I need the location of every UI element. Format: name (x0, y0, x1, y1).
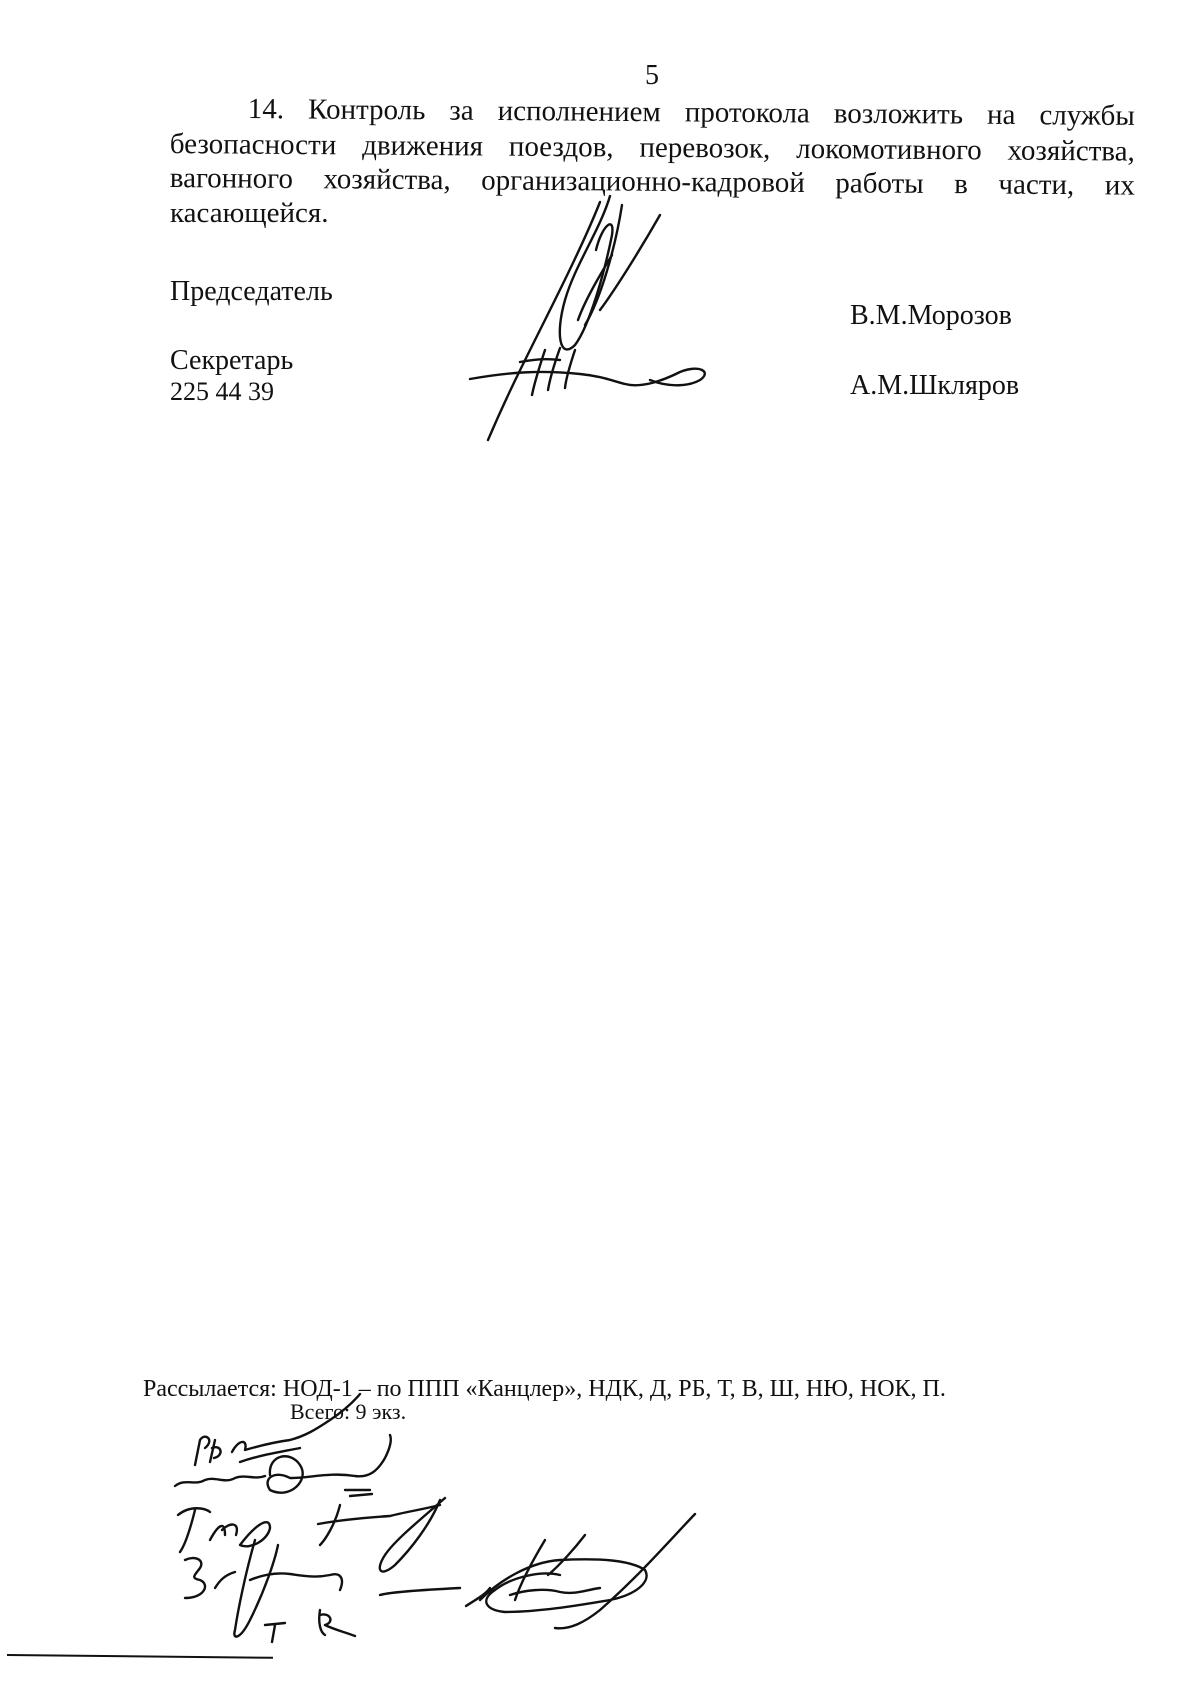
initials-nyu-icon (178, 1498, 445, 1572)
chairman-label: Председатель (170, 276, 333, 308)
chairman-name: В.М.Морозов (850, 300, 1012, 332)
secretary-phone: 225 44 39 (170, 377, 274, 407)
chairman-signature-icon (488, 196, 660, 440)
handwritten-signatures (0, 0, 1192, 1684)
secretary-signature-icon (470, 348, 705, 395)
copies-total: Всего: 9 экз. (290, 1399, 406, 1425)
paragraph-line: касающейся. (170, 196, 328, 230)
distribution-list: Рассылается: НОД-1 – по ППП «Канцлер», Н… (143, 1376, 946, 1403)
initials-z-icon (185, 1540, 460, 1642)
distribution-label: Рассылается: (143, 1376, 277, 1402)
secretary-label: Секретарь (170, 345, 293, 377)
paragraph-line: 14.Контрользаисполнениемпротоколавозложи… (248, 92, 1135, 133)
approval-signature-icon (466, 1514, 695, 1628)
page-number: 5 (645, 60, 659, 92)
secretary-name: А.М.Шкляров (850, 370, 1019, 402)
footer-rule (7, 1654, 273, 1659)
initials-noe-icon (175, 1435, 391, 1496)
